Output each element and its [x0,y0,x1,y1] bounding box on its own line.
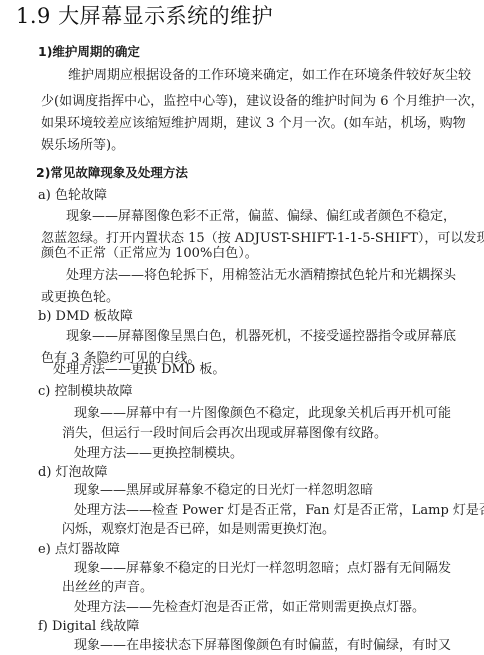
document-title: 1.9 大屏幕显示系统的维护 [16,3,273,29]
section-heading-maintenance-cycle: 1)维护周期的确定 [38,44,140,60]
paragraph-line: 娱乐场所等)。 [41,138,124,154]
fault-item-f-label: f) Digital 线故障 [38,619,139,635]
fault-item-e-label: e) 点灯器故障 [38,542,120,558]
fault-item-a-label: a) 色轮故障 [38,188,107,204]
fault-line: 处理方法——更换 DMD 板。 [53,362,225,378]
fault-line: 处理方法——检查 Power 灯是否正常，Fan 灯是否正常，Lamp 灯是否 [74,503,484,519]
paragraph-line: 少(如调度指挥中心，监控中心等)，建议设备的维护时间为 6 个月维护一次， [41,94,484,110]
fault-line: 出丝丝的声音。 [62,580,153,596]
fault-line: 处理方法——将色轮拆下，用棉签沾无水酒精擦拭色轮片和光耦探头 [66,268,456,284]
fault-item-c-label: c) 控制模块故障 [38,384,133,400]
fault-item-b-label: b) DMD 板故障 [38,309,133,325]
paragraph-line: 如果环境较差应该缩短维护周期，建议 3 个月一次。(如车站，机场，购物 [41,116,466,132]
fault-line: 现象——屏幕图像色彩不正常，偏蓝、偏绿、偏红或者颜色不稳定， [66,209,456,225]
fault-line: 处理方法——先检查灯泡是否正常，如正常则需更换点灯器。 [74,600,425,616]
fault-line: 现象——在串接状态下屏幕图像颜色有时偏蓝，有时偏绿，有时又 [74,638,451,654]
fault-line: 现象——黑屏或屏幕象不稳定的日光灯一样忽明忽暗 [74,483,373,499]
fault-line: 现象——屏幕图像呈黑白色，机器死机，不接受遥控器指令或屏幕底 [66,329,456,345]
fault-line: 处理方法——更换控制模块。 [74,446,243,462]
fault-item-d-label: d) 灯泡故障 [38,465,108,481]
fault-line: 或更换色轮。 [41,290,119,306]
document-page: 1.9 大屏幕显示系统的维护 1)维护周期的确定 维护周期应根据设备的工作环境来… [0,0,484,655]
section-heading-common-faults: 2)常见故障现象及处理方法 [36,165,188,181]
fault-line: 消失，但运行一段时间后会再次出现或屏幕图像有纹路。 [62,426,387,442]
fault-line: 现象——屏幕中有一片图像颜色不稳定，此现象关机后再开机可能 [74,406,451,422]
fault-line: 闪烁，观察灯泡是否已碎，如是则需更换灯泡。 [62,522,335,538]
paragraph-line: 维护周期应根据设备的工作环境来确定，如工作在环境条件较好灰尘较 [68,68,471,84]
fault-line: 忽蓝忽绿。打开内置状态 15（按 ADJUST-SHIFT-1-1-5-SHIF… [41,231,484,247]
fault-line: 颜色不正常（正常应为 100%白色）。 [41,246,258,262]
fault-line: 现象——屏幕象不稳定的日光灯一样忽明忽暗；点灯器有无间隔发 [74,561,451,577]
